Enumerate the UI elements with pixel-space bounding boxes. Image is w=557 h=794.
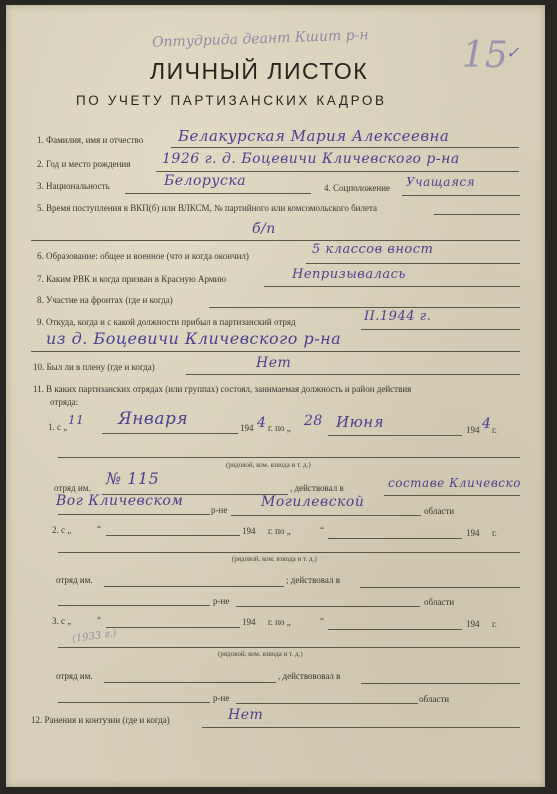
field-1-label: 1. Фамилия, имя и отчество [37,135,143,145]
det3-district-label: р-не [213,693,229,703]
det3-quote: “ [97,615,101,625]
field-6-line [306,263,520,264]
field-2-value: 1926 г. д. Боцевичи Кличевского р-на [162,151,460,167]
det3-quote-2: “ [320,616,324,626]
field-9-label: 9. Откуда, когда и с какой должности при… [37,317,296,327]
pencil-check-mark: ✓ [506,43,519,62]
field-2-label: 2. Год и место рождения [37,159,130,169]
field-2-line [156,171,519,172]
det2-year-prefix-2: 194 [466,528,480,538]
field-4-label: 4. Соцположение [324,183,390,193]
field-6-value: 5 классов вност [312,242,433,257]
det2-acted-label: ; действовал в [286,575,340,585]
det3-otryad-label: отряд им. [56,671,93,681]
det1-district-value: Вог Кличевском [56,493,183,509]
det1-from-month: Января [118,409,188,429]
document-sheet: Оптудрида деант Кшит р-н 15 ✓ ЛИЧНЫЙ ЛИС… [6,5,545,787]
det2-otryad-line [104,586,284,587]
det2-year-prefix: 194 [242,526,256,536]
det1-from-year: 4 [257,415,266,431]
field-3-value: Белоруска [164,173,246,189]
det3-year-prefix-2: 194 [466,619,480,629]
pencil-header-note: Оптудрида деант Кшит р-н [152,27,369,51]
det1-position-line [58,457,520,458]
det2-quote: “ [97,524,101,534]
det2-year-suffix: г. [492,528,497,538]
det1-district-label: р-не [211,505,227,515]
document-title: ЛИЧНЫЙ ЛИСТОК [150,58,368,85]
det2-quote-2: “ [320,525,324,535]
field-7-value: Непризывалась [292,267,406,282]
det2-region-label: области [424,597,454,607]
field-3-label: 3. Национальность [37,181,110,191]
det1-district-line [58,514,210,515]
det1-position-hint: (рядовой, ком. взвода и т. д.) [226,461,311,469]
det2-to-line [328,538,462,539]
det1-acted-value: составе Кличевско [388,476,521,490]
field-4-line [402,195,520,196]
det1-year-prefix-2: 194 [466,425,480,435]
field-1-value: Белакурская Мария Алексеевна [178,127,449,145]
det3-pencil-note: (1933 г.) [71,628,117,645]
field-12-label: 12. Ранения и контузии (где и когда) [31,715,170,725]
det1-to-month: Июня [336,413,384,431]
field-9-line-b [31,351,520,352]
det3-otryad-line [104,682,276,683]
det1-from-day: 11 [68,413,84,427]
det2-position-line [58,552,520,553]
det1-to-day: 28 [304,413,323,429]
field-12-value: Нет [228,707,263,723]
field-5-value: б/п [252,221,276,237]
det3-year-prefix: 194 [242,617,256,627]
det3-to-line [328,629,462,630]
det3-to-label: г. по „ [268,617,291,627]
field-1-line [171,147,519,148]
field-9-value-a: II.1944 г. [364,309,431,324]
det1-to-year: 4 [482,416,491,432]
field-5-line-a [434,214,520,215]
det2-to-label: г. по „ [268,526,291,536]
det3-position-line [58,647,520,648]
det3-position-hint: (рядовой, ком. взвода и т. д.) [218,650,303,658]
field-11-label: 11. В каких партизанских отрядах (или гр… [33,384,411,394]
det3-num: 3. с „ [52,616,71,626]
det1-otryad-label: отряд им. [54,483,91,493]
field-6-label: 6. Образование: общее и военное (что и к… [37,251,249,261]
det1-acted-label: , действовал в [290,483,344,493]
det2-acted-line [360,587,520,588]
field-10-line [186,374,520,375]
document-subtitle: ПО УЧЕТУ ПАРТИЗАНСКИХ КАДРОВ [76,93,387,108]
field-9-value-b: из д. Боцевичи Кличевского р-на [46,329,341,348]
field-11-label-cont: отряда: [50,397,78,407]
field-10-value: Нет [256,355,291,371]
field-5-label: 5. Время поступления в ВКП(б) или ВЛКСМ,… [37,203,377,213]
field-5-line-b [31,240,520,241]
det1-from-line [102,433,238,434]
det3-district-line [58,702,210,703]
det2-district-line [58,605,210,606]
det2-region-line [236,606,420,607]
det1-to-label: г. по „ [268,423,291,433]
det2-otryad-label: отряд им. [56,575,93,585]
det1-region-label: области [424,506,454,516]
field-8-label: 8. Участие на фронтах (где и когда) [37,295,173,305]
det1-num: 1. с „ [48,422,67,432]
det3-acted-line [361,683,520,684]
det1-otryad-value: № 115 [106,469,159,488]
det3-year-suffix: г. [492,619,497,629]
det3-acted-label: , действововал в [278,671,340,681]
det1-year-prefix: 194 [240,423,254,433]
det3-region-line [236,703,418,704]
field-12-line [202,727,520,728]
field-7-label: 7. Каким РВК и когда призван в Красную А… [37,274,226,284]
pencil-page-number: 15 [462,35,508,76]
det2-num: 2. с „ [52,525,71,535]
det1-to-line [328,435,462,436]
det2-district-label: р-не [213,596,229,606]
field-9-line-a [361,329,520,330]
field-8-line [209,307,520,308]
det2-position-hint: (рядовой, ком. взвода и т. д.) [232,555,317,563]
det3-region-label: области [419,694,449,704]
det3-from-line [106,627,240,628]
field-7-line [264,286,520,287]
field-4-value: Учащаяся [406,175,475,189]
det1-year-suffix: г. [492,425,497,435]
det1-acted-line [384,495,520,496]
det1-region-line [231,515,421,516]
field-3-line [125,193,311,194]
field-10-label: 10. Был ли в плену (где и когда) [33,362,155,372]
det2-from-line [106,535,240,536]
det1-region-value: Могилевской [261,494,364,510]
